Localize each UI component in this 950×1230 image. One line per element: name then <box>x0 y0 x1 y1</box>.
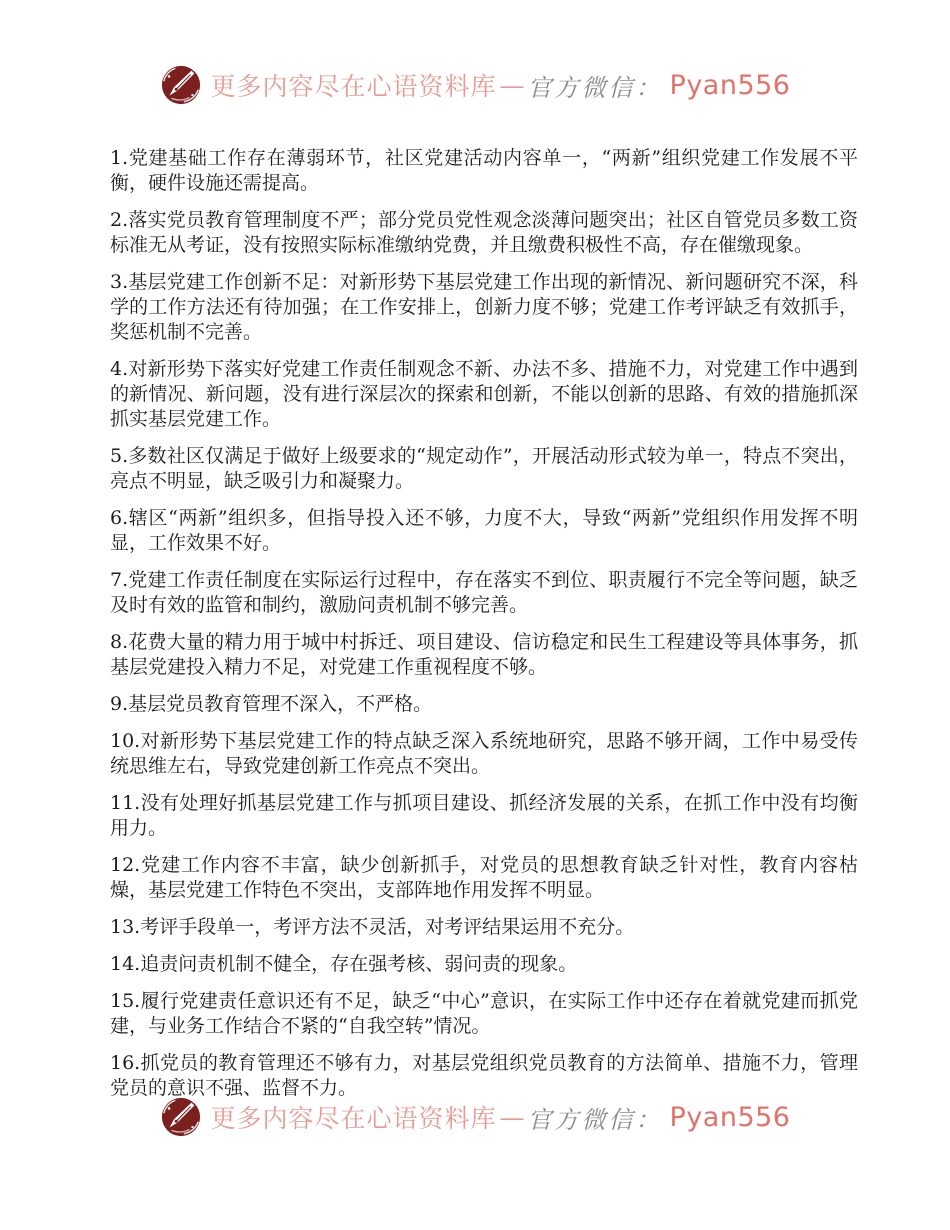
list-item-6: 6.辖区“两新”组织多，但指导投入还不够，力度不大，导致“两新”党组织作用发挥不… <box>110 506 858 556</box>
list-item-11: 11.没有处理好抓基层党建工作与抓项目建设、抓经济发展的关系，在抓工作中没有均衡… <box>110 791 858 841</box>
dash-separator: — <box>500 1103 525 1132</box>
header-watermark: 更多内容尽在心语资料库 — 官方微信： Pyan556 <box>0 64 950 106</box>
list-item-14: 14.追责问责机制不健全，存在强考核、弱问责的现象。 <box>110 952 858 977</box>
list-item-7: 7.党建工作责任制度在实际运行过程中，存在落实不到位、职责履行不完全等问题，缺乏… <box>110 568 858 618</box>
pen-logo-icon <box>160 1096 202 1138</box>
wechat-id: Pyan556 <box>670 70 791 101</box>
brand-text: 更多内容尽在心语资料库 <box>211 67 497 103</box>
list-item-15: 15.履行党建责任意识还有不足，缺乏“中心”意识，在实际工作中还存在着就党建而抓… <box>110 989 858 1039</box>
list-item-13: 13.考评手段单一，考评方法不灵活，对考评结果运用不充分。 <box>110 915 858 940</box>
list-item-10: 10.对新形势下基层党建工作的特点缺乏深入系统地研究，思路不够开阔，工作中易受传… <box>110 729 858 779</box>
list-item-12: 12.党建工作内容不丰富，缺少创新抓手，对党员的思想教育缺乏针对性，教育内容枯燥… <box>110 853 858 903</box>
document-page: 更多内容尽在心语资料库 — 官方微信： Pyan556 1.党建基础工作存在薄弱… <box>0 0 950 1230</box>
list-item-4: 4.对新形势下落实好党建工作责任制观念不新、办法不多、措施不力，对党建工作中遇到… <box>110 357 858 432</box>
list-item-3: 3.基层党建工作创新不足：对新形势下基层党建工作出现的新情况、新问题研究不深，科… <box>110 270 858 345</box>
pen-logo-icon <box>160 64 202 106</box>
wechat-label: 官方微信： <box>528 68 663 103</box>
footer-watermark: 更多内容尽在心语资料库 — 官方微信： Pyan556 <box>0 1096 950 1138</box>
wechat-label: 官方微信： <box>528 1100 663 1135</box>
brand-text: 更多内容尽在心语资料库 <box>211 1099 497 1135</box>
list-item-16: 16.抓党员的教育管理还不够有力，对基层党组织党员教育的方法简单、措施不力，管理… <box>110 1051 858 1101</box>
wechat-id: Pyan556 <box>670 1102 791 1133</box>
dash-separator: — <box>500 71 525 100</box>
list-item-8: 8.花费大量的精力用于城中村拆迁、项目建设、信访稳定和民生工程建设等具体事务，抓… <box>110 630 858 680</box>
list-item-5: 5.多数社区仅满足于做好上级要求的“规定动作”，开展活动形式较为单一，特点不突出… <box>110 444 858 494</box>
list-item-2: 2.落实党员教育管理制度不严；部分党员党性观念淡薄问题突出；社区自管党员多数工资… <box>110 208 858 258</box>
list-item-9: 9.基层党员教育管理不深入，不严格。 <box>110 692 858 717</box>
document-body: 1.党建基础工作存在薄弱环节，社区党建活动内容单一，“两新”组织党建工作发展不平… <box>110 146 858 1113</box>
list-item-1: 1.党建基础工作存在薄弱环节，社区党建活动内容单一，“两新”组织党建工作发展不平… <box>110 146 858 196</box>
